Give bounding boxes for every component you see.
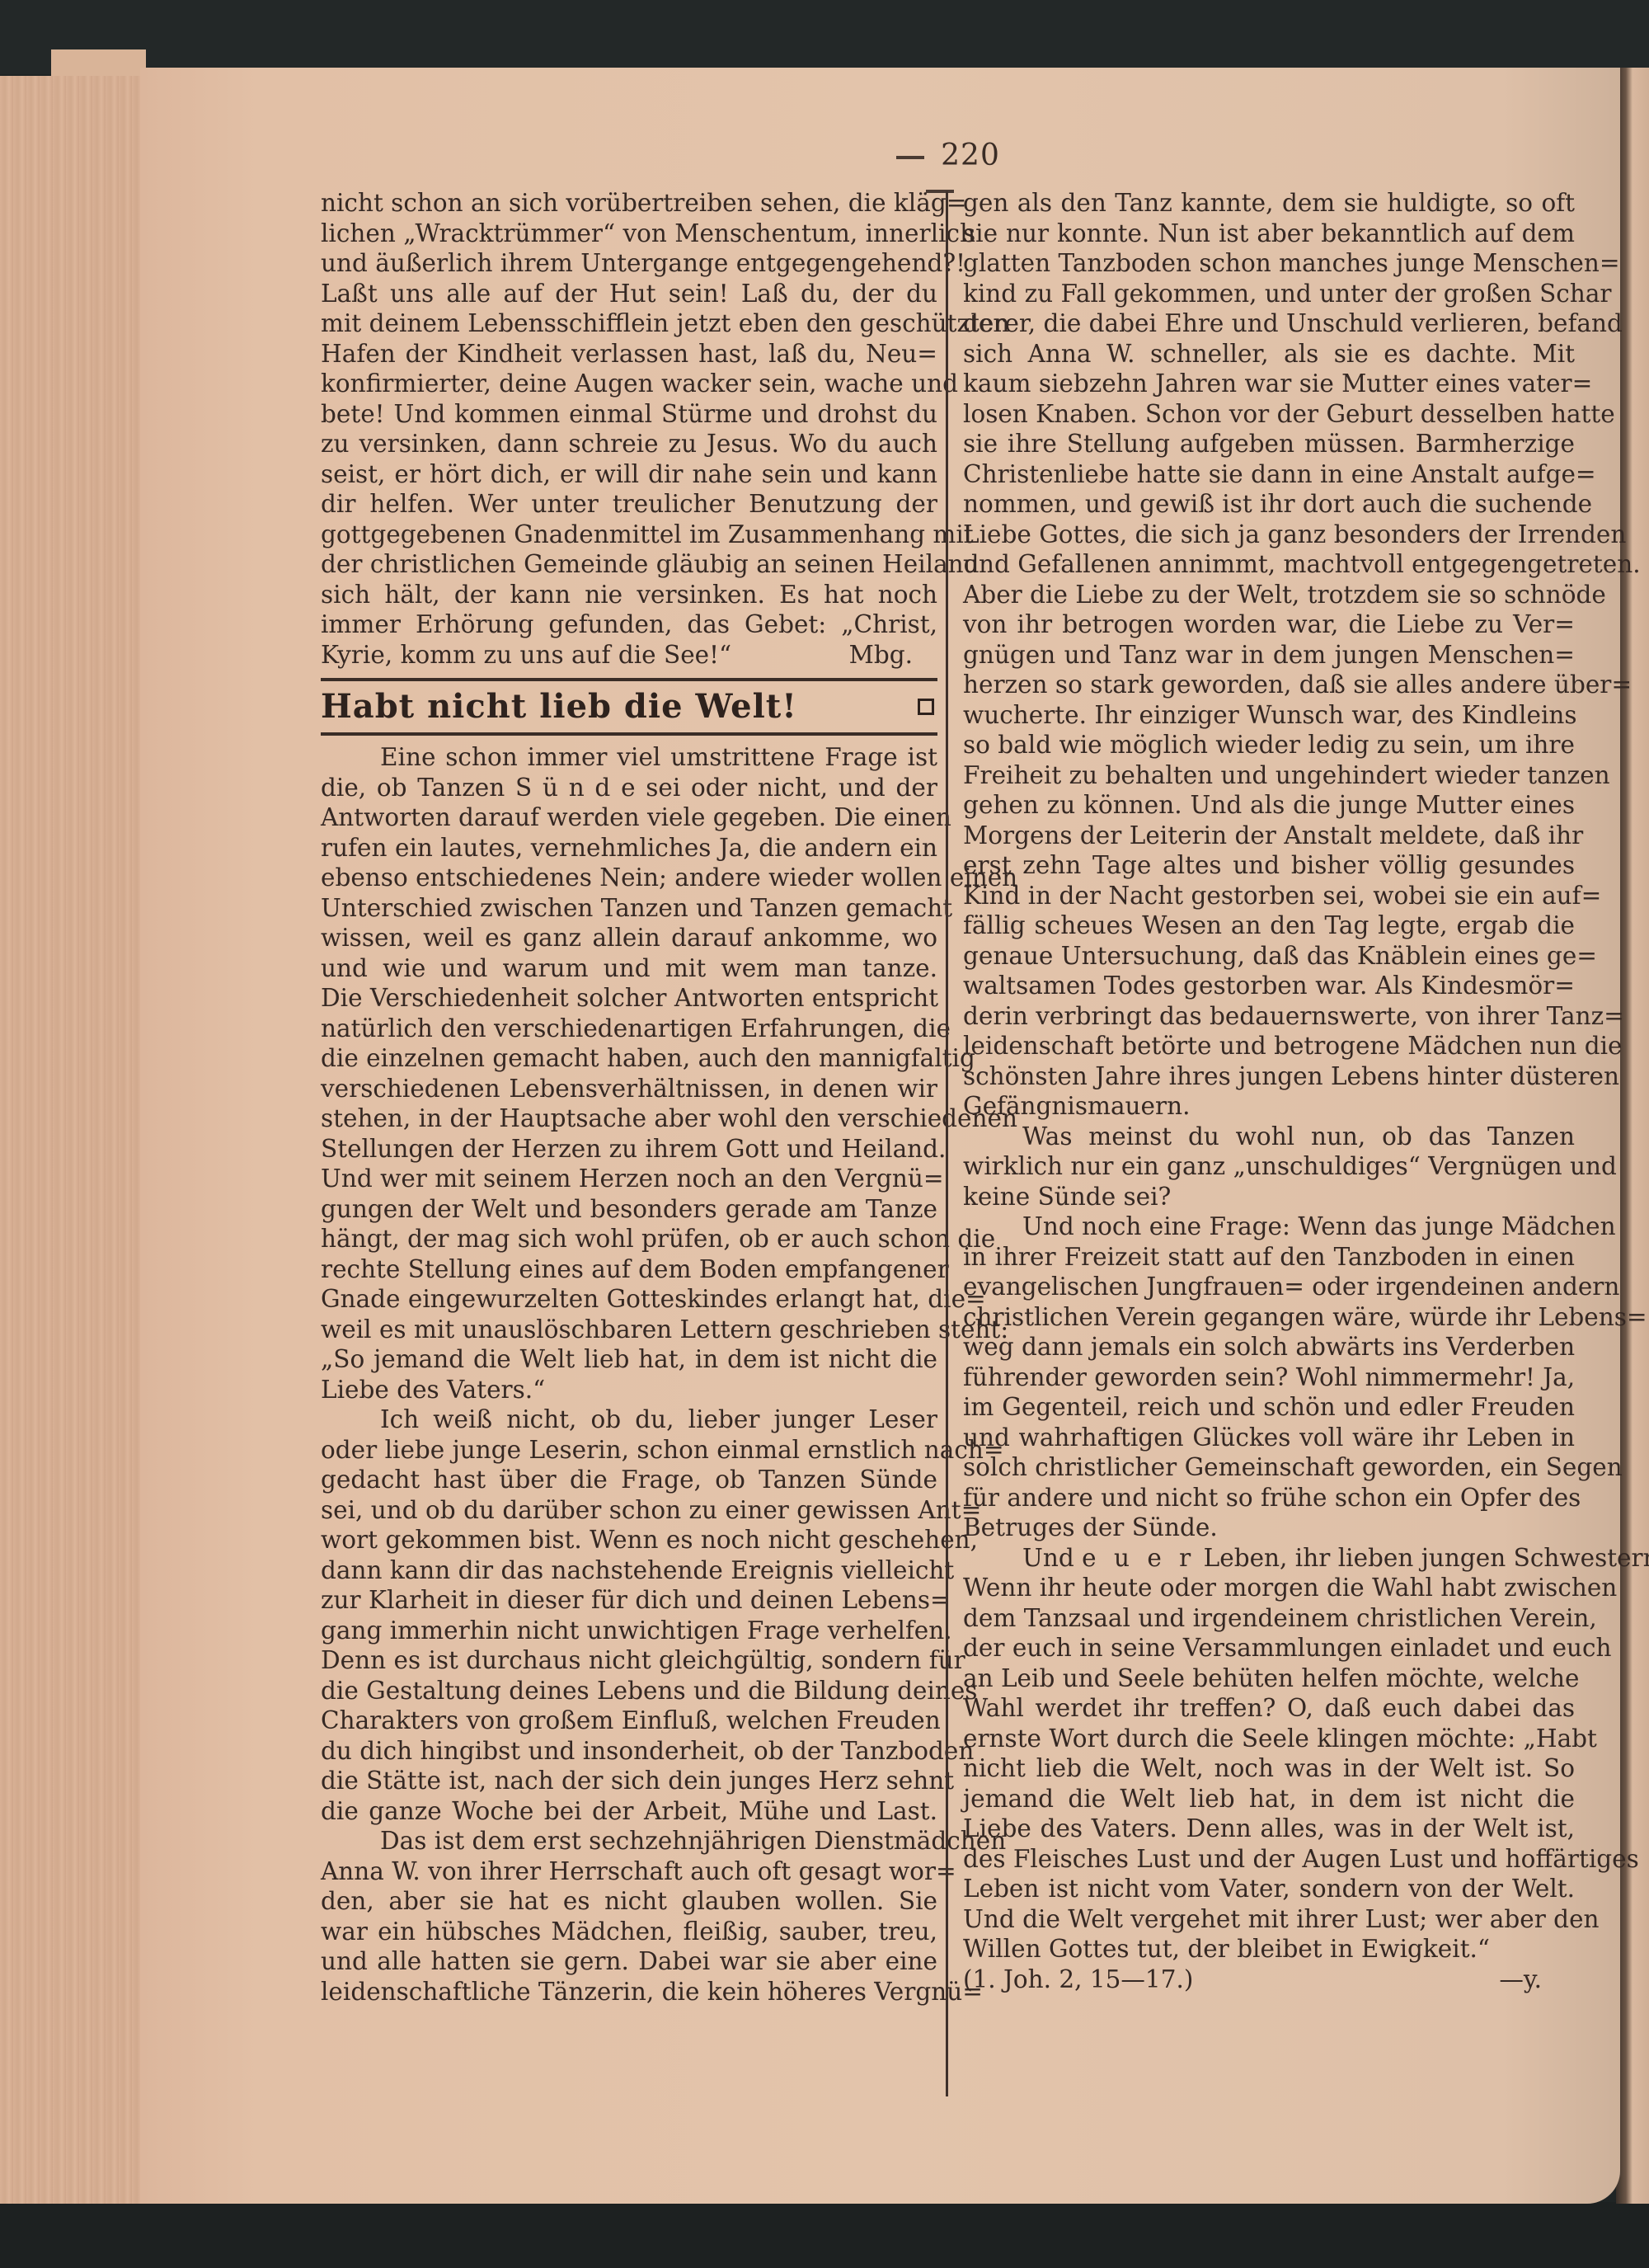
text-line: Betruges der Sünde. bbox=[963, 1513, 1575, 1543]
text-line: Was meinst du wohl nun, ob das Tanzen bbox=[963, 1122, 1575, 1152]
text-line: die Gestaltung deines Lebens und die Bil… bbox=[321, 1676, 937, 1706]
text-line: sie nur konnte. Nun ist aber bekanntlich… bbox=[963, 219, 1575, 249]
text-line: gnügen und Tanz war in dem jungen Mensch… bbox=[963, 640, 1575, 671]
text-line: die ganze Woche bei der Arbeit, Mühe und… bbox=[321, 1796, 937, 1827]
text-line: und wie und warum und mit wem man tanze. bbox=[321, 953, 937, 984]
article-signature: —y. bbox=[1499, 1965, 1542, 1995]
text-line: Kind in der Nacht gestorben sei, wobei s… bbox=[963, 881, 1575, 911]
text-line: Wahl werdet ihr treffen? O, daß euch dab… bbox=[963, 1693, 1575, 1724]
text-line: jemand die Welt lieb hat, in dem ist nic… bbox=[963, 1784, 1575, 1814]
text-line: dann kann dir das nachstehende Ereignis … bbox=[321, 1555, 937, 1586]
text-line: die Stätte ist, nach der sich dein junge… bbox=[321, 1766, 937, 1796]
text-line: konfirmierter, deine Augen wacker sein, … bbox=[321, 369, 937, 399]
text-line: oder liebe junge Leserin, schon einmal e… bbox=[321, 1435, 937, 1466]
paragraph-4: Was meinst du wohl nun, ob das Tanzenwir… bbox=[963, 1122, 1575, 1212]
intro-signoff-line: Kyrie, komm zu uns auf die See!“ Mbg. bbox=[321, 640, 937, 671]
page-number-dash-left bbox=[896, 156, 924, 159]
text-line: zur Klarheit in dieser für dich und dein… bbox=[321, 1585, 937, 1616]
text-line: Christenliebe hatte sie dann in eine Ans… bbox=[963, 459, 1575, 490]
text-line: im Gegenteil, reich und schön und edler … bbox=[963, 1392, 1575, 1423]
paragraph-3: Das ist dem erst sechzehnjährigen Dienst… bbox=[321, 1826, 937, 2007]
text-line: und äußerlich ihrem Untergange entgegeng… bbox=[321, 248, 937, 279]
text-line: genaue Untersuchung, daß das Knäblein ei… bbox=[963, 941, 1575, 972]
paragraph-3-continued: gen als den Tanz kannte, dem sie huldigt… bbox=[963, 188, 1575, 1122]
text-line: war ein hübsches Mädchen, fleißig, saube… bbox=[321, 1917, 937, 1947]
text-line: und alle hatten sie gern. Dabei war sie … bbox=[321, 1946, 937, 1977]
text-line: Gnade eingewurzelten Gotteskindes erlang… bbox=[321, 1284, 937, 1315]
paragraph-6-first-line: Und e u e r Leben, ihr lieben jungen Sch… bbox=[963, 1543, 1575, 1574]
text-line: keine Sünde sei? bbox=[963, 1182, 1575, 1212]
text-line: Das ist dem erst sechzehnjährigen Dienst… bbox=[321, 1826, 937, 1856]
text-line: wucherte. Ihr einziger Wunsch war, des K… bbox=[963, 700, 1575, 731]
text-line: hängt, der mag sich wohl prüfen, ob er a… bbox=[321, 1224, 937, 1254]
text-line: nommen, und gewiß ist ihr dort auch die … bbox=[963, 489, 1575, 520]
text-line: Stellungen der Herzen zu ihrem Gott und … bbox=[321, 1134, 937, 1165]
text-line: führender geworden sein? Wohl nimmermehr… bbox=[963, 1362, 1575, 1393]
text-line: derer, die dabei Ehre und Unschuld verli… bbox=[963, 308, 1575, 339]
text-line: sich Anna W. schneller, als sie es dacht… bbox=[963, 339, 1575, 369]
text-line: Anna W. von ihrer Herrschaft auch oft ge… bbox=[321, 1856, 937, 1887]
text-line: leidenschaft betörte und betrogene Mädch… bbox=[963, 1031, 1575, 1061]
text-line: mit deinem Lebensschifflein jetzt eben d… bbox=[321, 308, 937, 339]
text-line: gungen der Welt und besonders gerade am … bbox=[321, 1194, 937, 1225]
text-line: sei, und ob du darüber schon zu einer ge… bbox=[321, 1495, 937, 1526]
citation-line: (1. Joh. 2, 15—17.) —y. bbox=[963, 1965, 1575, 1995]
section-rule-bottom bbox=[321, 732, 937, 736]
text-line: und wahrhaftigen Glückes voll wäre ihr L… bbox=[963, 1423, 1575, 1453]
square-ornament-icon bbox=[918, 699, 934, 715]
text-line: Willen Gottes tut, der bleibet in Ewigke… bbox=[963, 1934, 1575, 1965]
text-line: den, aber sie hat es nicht glauben wolle… bbox=[321, 1886, 937, 1917]
text-line: schönsten Jahre ihres jungen Lebens hint… bbox=[963, 1061, 1575, 1092]
text-line: Denn es ist durchaus nicht gleichgültig,… bbox=[321, 1645, 937, 1676]
text-line: dir helfen. Wer unter treulicher Benutzu… bbox=[321, 489, 937, 520]
text-line: ebenso entschiedenes Nein; andere wieder… bbox=[321, 863, 937, 893]
right-column: gen als den Tanz kannte, dem sie huldigt… bbox=[963, 188, 1575, 1994]
text-line: kind zu Fall gekommen, und unter der gro… bbox=[963, 279, 1575, 309]
text-line: ernste Wort durch die Seele klingen möch… bbox=[963, 1724, 1575, 1754]
text-line: evangelischen Jungfrauen= oder irgendein… bbox=[963, 1272, 1575, 1302]
text-line: und Gefallenen annimmt, machtvoll entgeg… bbox=[963, 549, 1575, 580]
text-line: Und die Welt vergehet mit ihrer Lust; we… bbox=[963, 1904, 1575, 1935]
text-line: die, ob Tanzen S ü n d e sei oder nicht,… bbox=[321, 773, 937, 803]
text-line: derin verbringt das bedauernswerte, von … bbox=[963, 1001, 1575, 1032]
text-line: Gefängnismauern. bbox=[963, 1091, 1575, 1122]
text-line: seist, er hört dich, er will dir nahe se… bbox=[321, 459, 937, 490]
emphasized-word: e u e r bbox=[1082, 1544, 1196, 1572]
intro-signature: Mbg. bbox=[849, 640, 913, 671]
text-line: so bald wie möglich wieder ledig zu sein… bbox=[963, 730, 1575, 760]
page-stack-edges bbox=[0, 76, 144, 2204]
text-line: „So jemand die Welt lieb hat, in dem ist… bbox=[321, 1344, 937, 1375]
text-line: Und wer mit seinem Herzen noch an den Ve… bbox=[321, 1164, 937, 1194]
text-line: wirklich nur ein ganz „unschuldiges“ Ver… bbox=[963, 1151, 1575, 1182]
article-header: Habt nicht lieb die Welt! bbox=[321, 681, 937, 732]
text-line: Antworten darauf werden viele gegeben. D… bbox=[321, 802, 937, 833]
bible-citation: (1. Joh. 2, 15—17.) bbox=[963, 1965, 1193, 1995]
text-line: Charakters von großem Einfluß, welchen F… bbox=[321, 1706, 937, 1736]
text-line: natürlich den verschiedenartigen Erfahru… bbox=[321, 1014, 937, 1044]
text-line: fällig scheues Wesen an den Tag legte, e… bbox=[963, 910, 1575, 941]
book-cover-bottom bbox=[0, 2202, 1649, 2268]
paragraph-5: Und noch eine Frage: Wenn das junge Mädc… bbox=[963, 1212, 1575, 1543]
text-line: nicht lieb die Welt, noch was in der Wel… bbox=[963, 1753, 1575, 1784]
text-line: Und noch eine Frage: Wenn das junge Mädc… bbox=[963, 1212, 1575, 1242]
paragraph-6-body: Wenn ihr heute oder morgen die Wahl habt… bbox=[963, 1573, 1575, 1965]
text-line: der christlichen Gemeinde gläubig an sei… bbox=[321, 549, 937, 580]
text-line: Wenn ihr heute oder morgen die Wahl habt… bbox=[963, 1573, 1575, 1603]
text-line: glatten Tanzboden schon manches junge Me… bbox=[963, 248, 1575, 279]
text-line: rufen ein lautes, vernehmliches Ja, die … bbox=[321, 833, 937, 863]
text-line: gedacht hast über die Frage, ob Tanzen S… bbox=[321, 1465, 937, 1495]
paragraph-1: Eine schon immer viel umstrittene Frage … bbox=[321, 742, 937, 1405]
left-column: nicht schon an sich vorübertreiben sehen… bbox=[321, 188, 937, 2007]
text-line: waltsamen Todes gestorben war. Als Kinde… bbox=[963, 971, 1575, 1001]
text-line: Laßt uns alle auf der Hut sein! Laß du, … bbox=[321, 279, 937, 309]
intro-paragraph: nicht schon an sich vorübertreiben sehen… bbox=[321, 188, 937, 640]
text-line: wort gekommen bist. Wenn es noch nicht g… bbox=[321, 1525, 937, 1555]
text-line: Morgens der Leiterin der Anstalt meldete… bbox=[963, 821, 1575, 851]
text-line: stehen, in der Hauptsache aber wohl den … bbox=[321, 1103, 937, 1134]
text-line: Eine schon immer viel umstrittene Frage … bbox=[321, 742, 937, 773]
page-number-value: 220 bbox=[941, 139, 1000, 172]
text-line: Liebe Gottes, die sich ja ganz besonders… bbox=[963, 520, 1575, 550]
text-line: gehen zu können. Und als die junge Mutte… bbox=[963, 790, 1575, 821]
text-line: lichen „Wracktrümmer“ von Menschentum, i… bbox=[321, 219, 937, 249]
text-line: immer Erhörung gefunden, das Gebet: „Chr… bbox=[321, 609, 937, 640]
text-line: sie ihre Stellung aufgeben müssen. Barmh… bbox=[963, 429, 1575, 459]
text-line: wissen, weil es ganz allein darauf ankom… bbox=[321, 923, 937, 953]
text-line: Leben ist nicht vom Vater, sondern von d… bbox=[963, 1874, 1575, 1904]
text-line: dem Tanzsaal und irgendeinem christliche… bbox=[963, 1603, 1575, 1634]
text-line: verschiedenen Lebensverhältnissen, in de… bbox=[321, 1074, 937, 1104]
page-edge-tab bbox=[51, 49, 146, 78]
text-line: die einzelnen gemacht haben, auch den ma… bbox=[321, 1043, 937, 1074]
text-line: des Fleisches Lust und der Augen Lust un… bbox=[963, 1844, 1575, 1875]
column-divider bbox=[946, 191, 948, 2096]
next-page-edge bbox=[1616, 68, 1649, 2204]
text-line: der euch in seine Versammlungen einladet… bbox=[963, 1633, 1575, 1663]
text-line: gottgegebenen Gnadenmittel im Zusammenha… bbox=[321, 520, 937, 550]
text-line: bete! Und kommen einmal Stürme und drohs… bbox=[321, 399, 937, 430]
text-line: kaum siebzehn Jahren war sie Mutter eine… bbox=[963, 369, 1575, 399]
text-line: rechte Stellung eines auf dem Boden empf… bbox=[321, 1254, 937, 1285]
paragraph-6: Und e u e r Leben, ihr lieben jungen Sch… bbox=[963, 1543, 1575, 1574]
text-line: leidenschaftliche Tänzerin, die kein höh… bbox=[321, 1977, 937, 2007]
paragraph-2: Ich weiß nicht, ob du, lieber junger Les… bbox=[321, 1405, 937, 1826]
text-line: Freiheit zu behalten und ungehindert wie… bbox=[963, 760, 1575, 791]
text-line: Ich weiß nicht, ob du, lieber junger Les… bbox=[321, 1405, 937, 1435]
text-line: Aber die Liebe zu der Welt, trotzdem sie… bbox=[963, 580, 1575, 610]
text-line: Liebe des Vaters.“ bbox=[321, 1375, 937, 1405]
text-line: solch christlicher Gemeinschaft geworden… bbox=[963, 1452, 1575, 1483]
text-line: zu versinken, dann schreie zu Jesus. Wo … bbox=[321, 429, 937, 459]
text-line: herzen so stark geworden, daß sie alles … bbox=[963, 670, 1575, 700]
text-line: losen Knaben. Schon vor der Geburt desse… bbox=[963, 399, 1575, 430]
text-line: für andere und nicht so frühe schon ein … bbox=[963, 1483, 1575, 1513]
book-cover-top bbox=[0, 0, 1649, 74]
text-line: erst zehn Tage altes und bisher völlig g… bbox=[963, 850, 1575, 881]
intro-last-line: Kyrie, komm zu uns auf die See!“ bbox=[321, 640, 731, 671]
text-line: Die Verschiedenheit solcher Antworten en… bbox=[321, 983, 937, 1014]
text-line: von ihr betrogen worden war, die Liebe z… bbox=[963, 609, 1575, 640]
text-line: nicht schon an sich vorübertreiben sehen… bbox=[321, 188, 937, 219]
text-line: gang immerhin nicht unwichtigen Frage ve… bbox=[321, 1616, 937, 1646]
text-line: du dich hingibst und insonderheit, ob de… bbox=[321, 1736, 937, 1767]
text-line: christlichen Verein gegangen wäre, würde… bbox=[963, 1302, 1575, 1333]
text-line: Liebe des Vaters. Denn alles, was in der… bbox=[963, 1814, 1575, 1844]
text-line: in ihrer Freizeit statt auf den Tanzbode… bbox=[963, 1242, 1575, 1273]
text-line: an Leib und Seele behüten helfen möchte,… bbox=[963, 1663, 1575, 1694]
text-line: Unterschied zwischen Tanzen und Tanzen g… bbox=[321, 893, 937, 924]
text-line: gen als den Tanz kannte, dem sie huldigt… bbox=[963, 188, 1575, 219]
text-line: weil es mit unauslöschbaren Lettern gesc… bbox=[321, 1315, 937, 1345]
text-line: weg dann jemals ein solch abwärts ins Ve… bbox=[963, 1332, 1575, 1362]
article-title: Habt nicht lieb die Welt! bbox=[321, 692, 797, 722]
text-line: Hafen der Kindheit verlassen hast, laß d… bbox=[321, 339, 937, 369]
text-line: sich hält, der kann nie versinken. Es ha… bbox=[321, 580, 937, 610]
